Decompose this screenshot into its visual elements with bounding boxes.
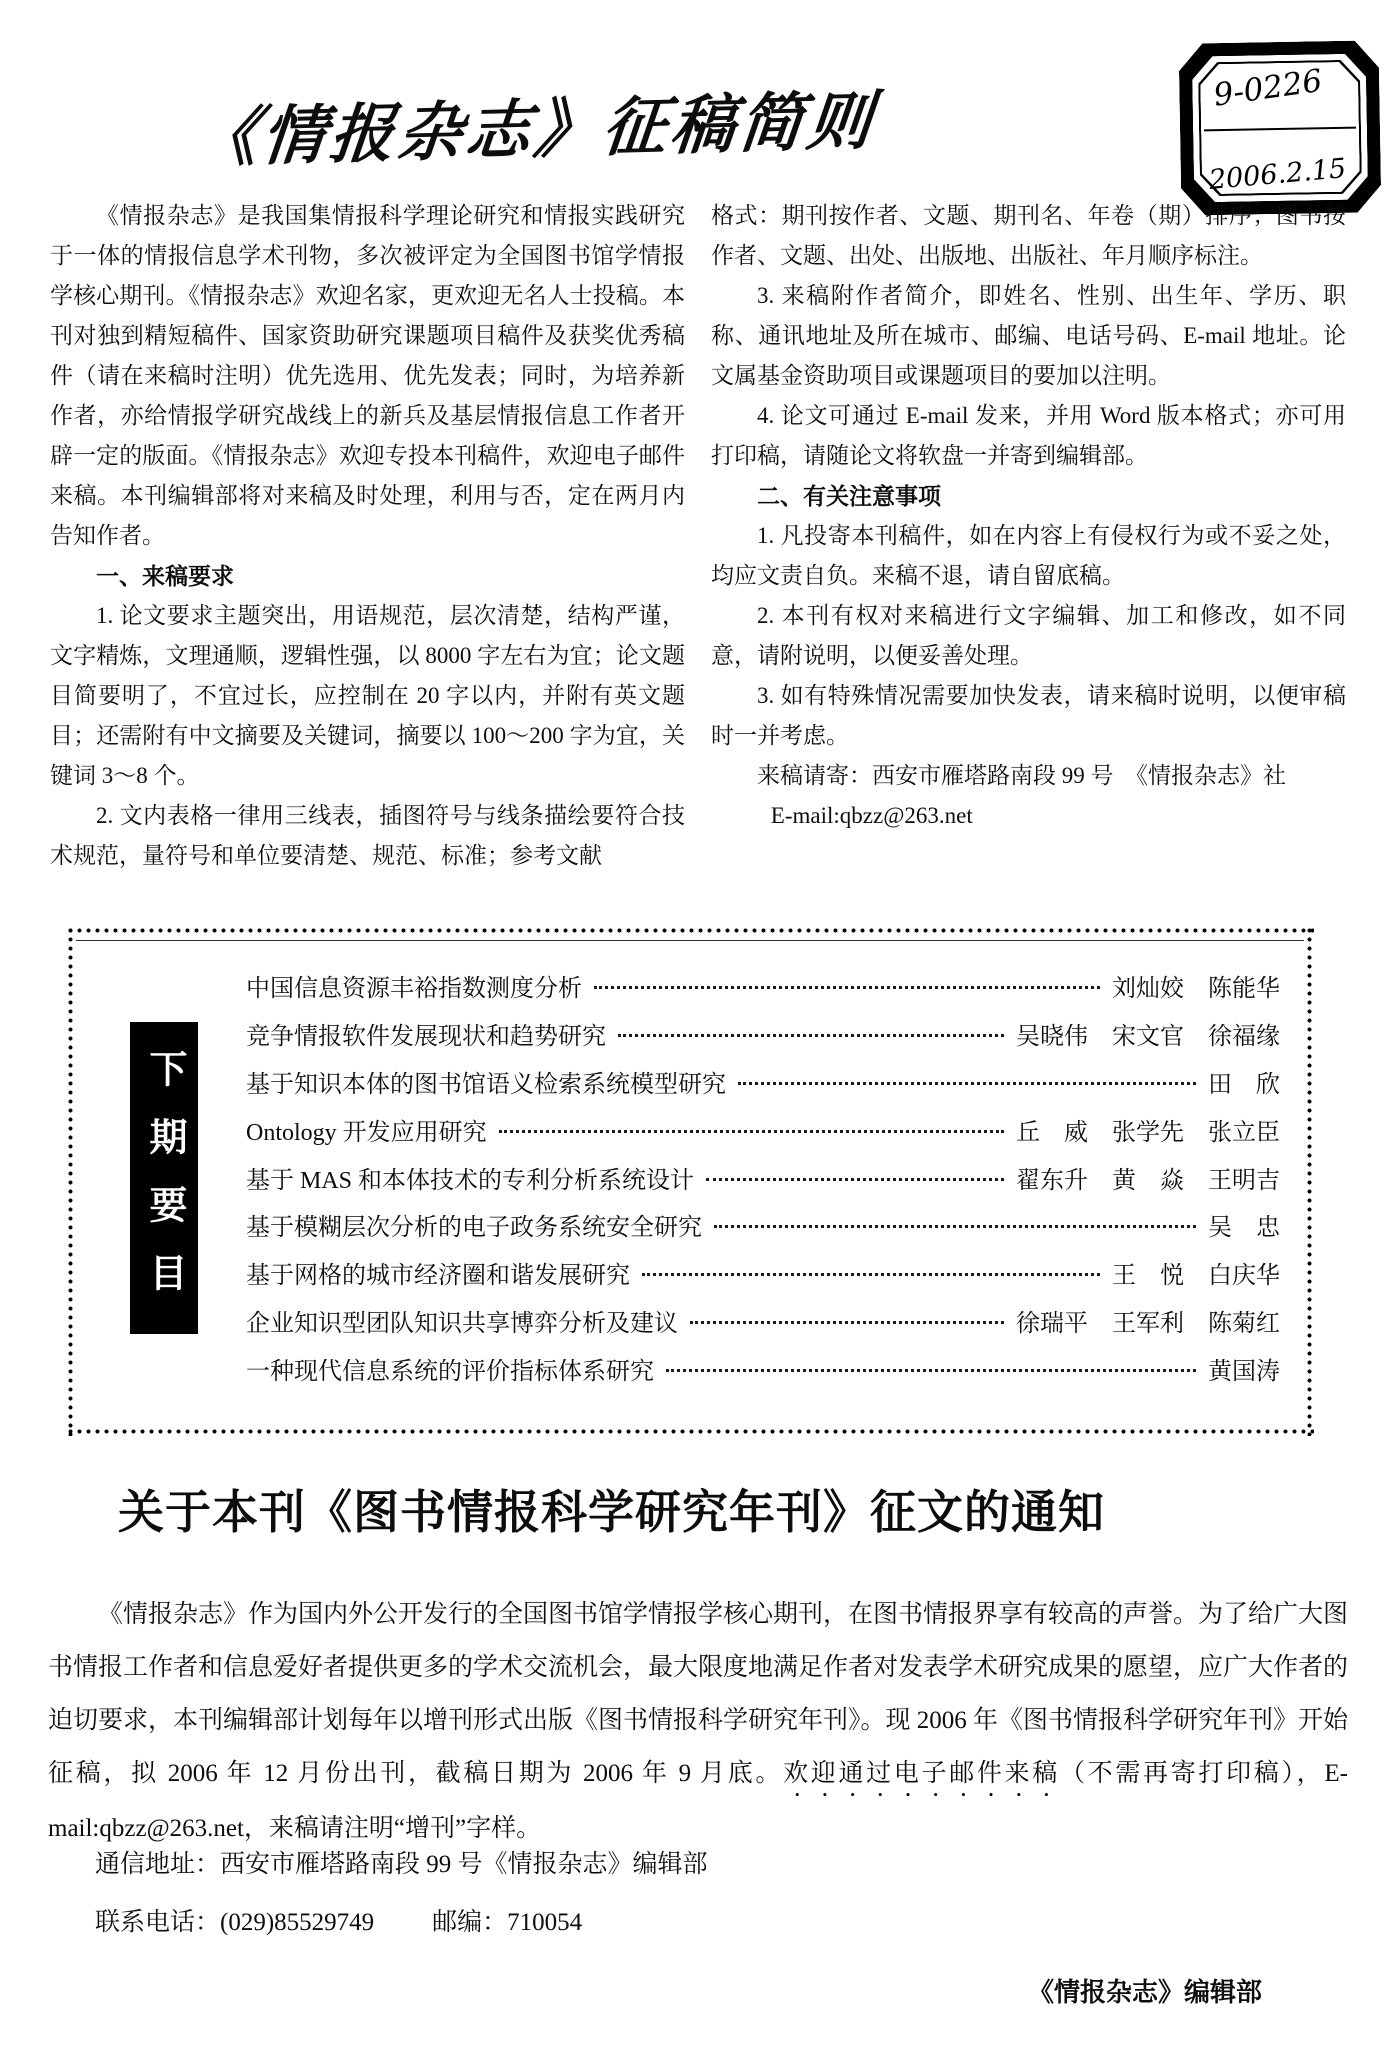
paragraph-rule-2-cont: 格式：期刊按作者、文题、期刊名、年卷（期）排序；图书按作者、文题、出处、出版地、… — [711, 196, 1346, 276]
toc-article-authors: 丘 威 张学先 张立臣 — [1016, 1112, 1280, 1147]
contact-block: 通信地址：西安市雁塔路南段 99 号《情报杂志》编辑部 联系电话：(029)85… — [95, 1836, 708, 1952]
toc-article-title: 基于网格的城市经济圈和谐发展研究 — [246, 1255, 630, 1290]
toc-row: 基于模糊层次分析的电子政务系统安全研究 吴 忠 — [246, 1207, 1280, 1242]
toc-article-title: 中国信息资源丰裕指数测度分析 — [246, 968, 582, 1003]
toc-row: 基于 MAS 和本体技术的专利分析系统设计 翟东升 黄 焱 王明吉 — [246, 1160, 1280, 1195]
dot-leader — [706, 1178, 1004, 1181]
paragraph-rule-1: 1. 论文要求主题突出，用语规范，层次清楚，结构严谨，文字精炼，文理通顺，逻辑性… — [50, 596, 685, 796]
toc-article-title: 基于 MAS 和本体技术的专利分析系统设计 — [246, 1160, 694, 1195]
contact-address-line: 通信地址：西安市雁塔路南段 99 号《情报杂志》编辑部 — [95, 1836, 708, 1894]
paragraph-note-1: 1. 凡投寄本刊稿件，如在内容上有侵权行为或不妥之处，均应文责自负。来稿不退，请… — [711, 516, 1346, 596]
registration-stamp: 9-0226 2006.2.15 — [1179, 40, 1382, 215]
dot-leader — [618, 1034, 1004, 1037]
guidelines-right-column: 格式：期刊按作者、文题、期刊名、年卷（期）排序；图书按作者、文题、出处、出版地、… — [711, 196, 1346, 876]
toc-article-authors: 王 悦 白庆华 — [1112, 1255, 1280, 1290]
paragraph-intro: 《情报杂志》是我国集情报科学理论研究和情报实践研究于一体的情报信息学术刊物，多次… — [50, 196, 685, 556]
notice-body-emphasized-text: 欢迎通过电子邮件来稿 — [783, 1760, 1060, 1787]
toc-article-title: 竞争情报软件发展现状和趋势研究 — [246, 1016, 606, 1051]
toc-article-authors: 田 欣 — [1208, 1064, 1280, 1099]
toc-article-authors: 吴晓伟 宋文官 徐福缘 — [1016, 1016, 1280, 1051]
annual-volume-notice-body: 《情报杂志》作为国内外公开发行的全国图书馆学情报学核心期刊，在图书情报界享有较高… — [48, 1588, 1348, 1855]
journal-title: 《情报杂志》征稿简则 — [190, 69, 921, 180]
toc-article-authors: 吴 忠 — [1208, 1207, 1280, 1242]
next-issue-box: 下期要目 中国信息资源丰裕指数测度分析 刘灿姣 陈能华 竞争情报软件发展现状和趋… — [66, 926, 1314, 1436]
toc-row: 基于知识本体的图书馆语义检索系统模型研究 田 欣 — [246, 1064, 1280, 1099]
toc-article-authors: 刘灿姣 陈能华 — [1112, 968, 1280, 1003]
contact-phone: 联系电话：(029)85529749 — [95, 1909, 374, 1936]
dot-leader — [594, 986, 1100, 989]
dot-leader — [738, 1082, 1196, 1085]
dot-leader — [642, 1273, 1100, 1276]
section-heading-requirements: 一、来稿要求 — [50, 556, 685, 596]
notice-body-paragraph: 《情报杂志》作为国内外公开发行的全国图书馆学情报学核心期刊，在图书情报界享有较高… — [48, 1588, 1348, 1855]
paragraph-note-3: 3. 如有特殊情况需要加快发表，请来稿时说明，以便审稿时一并考虑。 — [711, 676, 1346, 756]
ornamental-border-right — [1305, 926, 1314, 1436]
toc-article-authors: 翟东升 黄 焱 王明吉 — [1016, 1160, 1280, 1195]
toc-article-authors: 徐瑞平 王军利 陈菊红 — [1016, 1303, 1280, 1338]
contact-zip: 邮编：710054 — [432, 1909, 582, 1936]
toc-article-title: 基于模糊层次分析的电子政务系统安全研究 — [246, 1207, 702, 1242]
dot-leader — [714, 1225, 1196, 1228]
paragraph-rule-2: 2. 文内表格一律用三线表，插图符号与线条描绘要符合技术规范，量符号和单位要清楚… — [50, 796, 685, 876]
guidelines-columns: 《情报杂志》是我国集情报科学理论研究和情报实践研究于一体的情报信息学术刊物，多次… — [50, 196, 1346, 876]
guidelines-left-column: 《情报杂志》是我国集情报科学理论研究和情报实践研究于一体的情报信息学术刊物，多次… — [50, 196, 685, 876]
next-issue-list: 中国信息资源丰裕指数测度分析 刘灿姣 陈能华 竞争情报软件发展现状和趋势研究 吴… — [246, 968, 1280, 1386]
next-issue-label-text: 下期要目 — [130, 1035, 198, 1321]
paragraph-rule-3: 3. 来稿附作者简介，即姓名、性别、出生年、学历、职称、通讯地址及所在城市、邮编… — [711, 276, 1346, 396]
toc-article-title: Ontology 开发应用研究 — [246, 1112, 487, 1147]
mailing-address-line: 来稿请寄：西安市雁塔路南段 99 号 《情报杂志》社 — [711, 756, 1346, 796]
toc-row: 基于网格的城市经济圈和谐发展研究 王 悦 白庆华 — [246, 1255, 1280, 1290]
next-issue-label: 下期要目 — [130, 1022, 198, 1334]
toc-article-title: 企业知识型团队知识共享博弈分析及建议 — [246, 1303, 678, 1338]
toc-article-authors: 黄国涛 — [1208, 1351, 1280, 1386]
email-address-line: E-mail:qbzz@263.net — [711, 796, 1346, 836]
ornamental-border-top — [66, 926, 1314, 935]
toc-row: 竞争情报软件发展现状和趋势研究 吴晓伟 宋文官 徐福缘 — [246, 1016, 1280, 1051]
section-heading-notes: 二、有关注意事项 — [711, 476, 1346, 516]
paragraph-rule-4: 4. 论文可通过 E-mail 发来，并用 Word 版本格式；亦可用打印稿，请… — [711, 396, 1346, 476]
toc-row: 一种现代信息系统的评价指标体系研究 黄国涛 — [246, 1351, 1280, 1386]
toc-row: 企业知识型团队知识共享博弈分析及建议 徐瑞平 王军利 陈菊红 — [246, 1303, 1280, 1338]
paragraph-note-2: 2. 本刊有权对来稿进行文字编辑、加工和修改，如不同意，请附说明，以便妥善处理。 — [711, 596, 1346, 676]
inner-rule-line — [76, 940, 1304, 941]
toc-row: Ontology 开发应用研究 丘 威 张学先 张立臣 — [246, 1112, 1280, 1147]
dot-leader — [690, 1321, 1004, 1324]
dot-leader — [666, 1369, 1196, 1372]
ornamental-border-left — [66, 926, 75, 1436]
editorial-office-signature: 《情报杂志》编辑部 — [1028, 1972, 1262, 2009]
toc-article-title: 基于知识本体的图书馆语义检索系统模型研究 — [246, 1064, 726, 1099]
contact-phone-line: 联系电话：(029)85529749邮编：710054 — [95, 1894, 708, 1952]
dot-leader — [499, 1130, 1004, 1133]
ornamental-border-bottom — [66, 1427, 1314, 1436]
annual-volume-notice-title: 关于本刊《图书情报科学研究年刊》征文的通知 — [118, 1476, 1105, 1542]
toc-row: 中国信息资源丰裕指数测度分析 刘灿姣 陈能华 — [246, 968, 1280, 1003]
toc-article-title: 一种现代信息系统的评价指标体系研究 — [246, 1351, 654, 1386]
